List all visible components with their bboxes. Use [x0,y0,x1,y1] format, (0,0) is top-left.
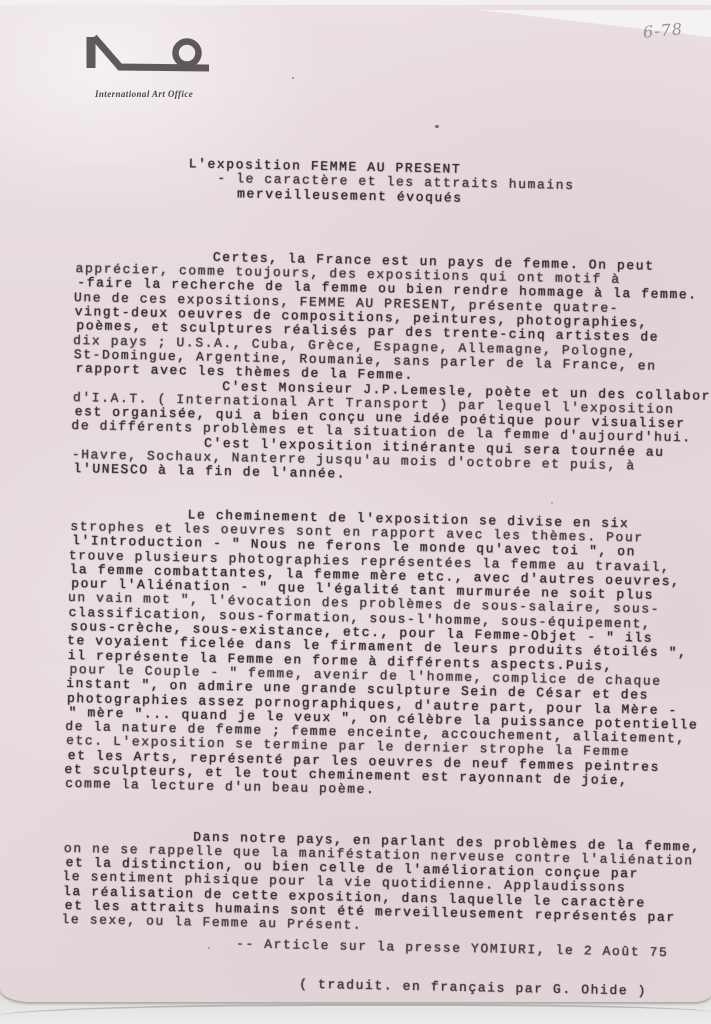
handwritten-mark: 6-78 [642,19,683,41]
document-page: International Art Office 6-78 L'expositi… [0,5,711,1002]
page-curl-edge [0,1004,711,1016]
paragraph-intro: Certes, la France est un pays de femme. … [73,248,711,390]
document-title: L'exposition FEMME AU PRESENT- le caract… [77,155,711,211]
scan-speck [292,77,294,79]
logo-caption: International Art Office [95,89,193,99]
scan-speck [435,125,439,128]
paragraph-themes: Le cheminement de l'exposition se divise… [65,506,711,805]
typewritten-text: L'exposition FEMME AU PRESENT- le caract… [61,145,711,1000]
iao-logo [78,32,218,78]
translator-line: ( traduit. en français par G. Ohide ) [299,978,703,1000]
paragraph-conclusion: Dans notre pays, en parlant des problème… [62,827,706,940]
attribution-line: -- Article sur la presse YOMIURI, le 2 A… [236,937,703,961]
scan-background: International Art Office 6-78 L'expositi… [0,0,711,1024]
iao-logo-icon [78,32,218,78]
